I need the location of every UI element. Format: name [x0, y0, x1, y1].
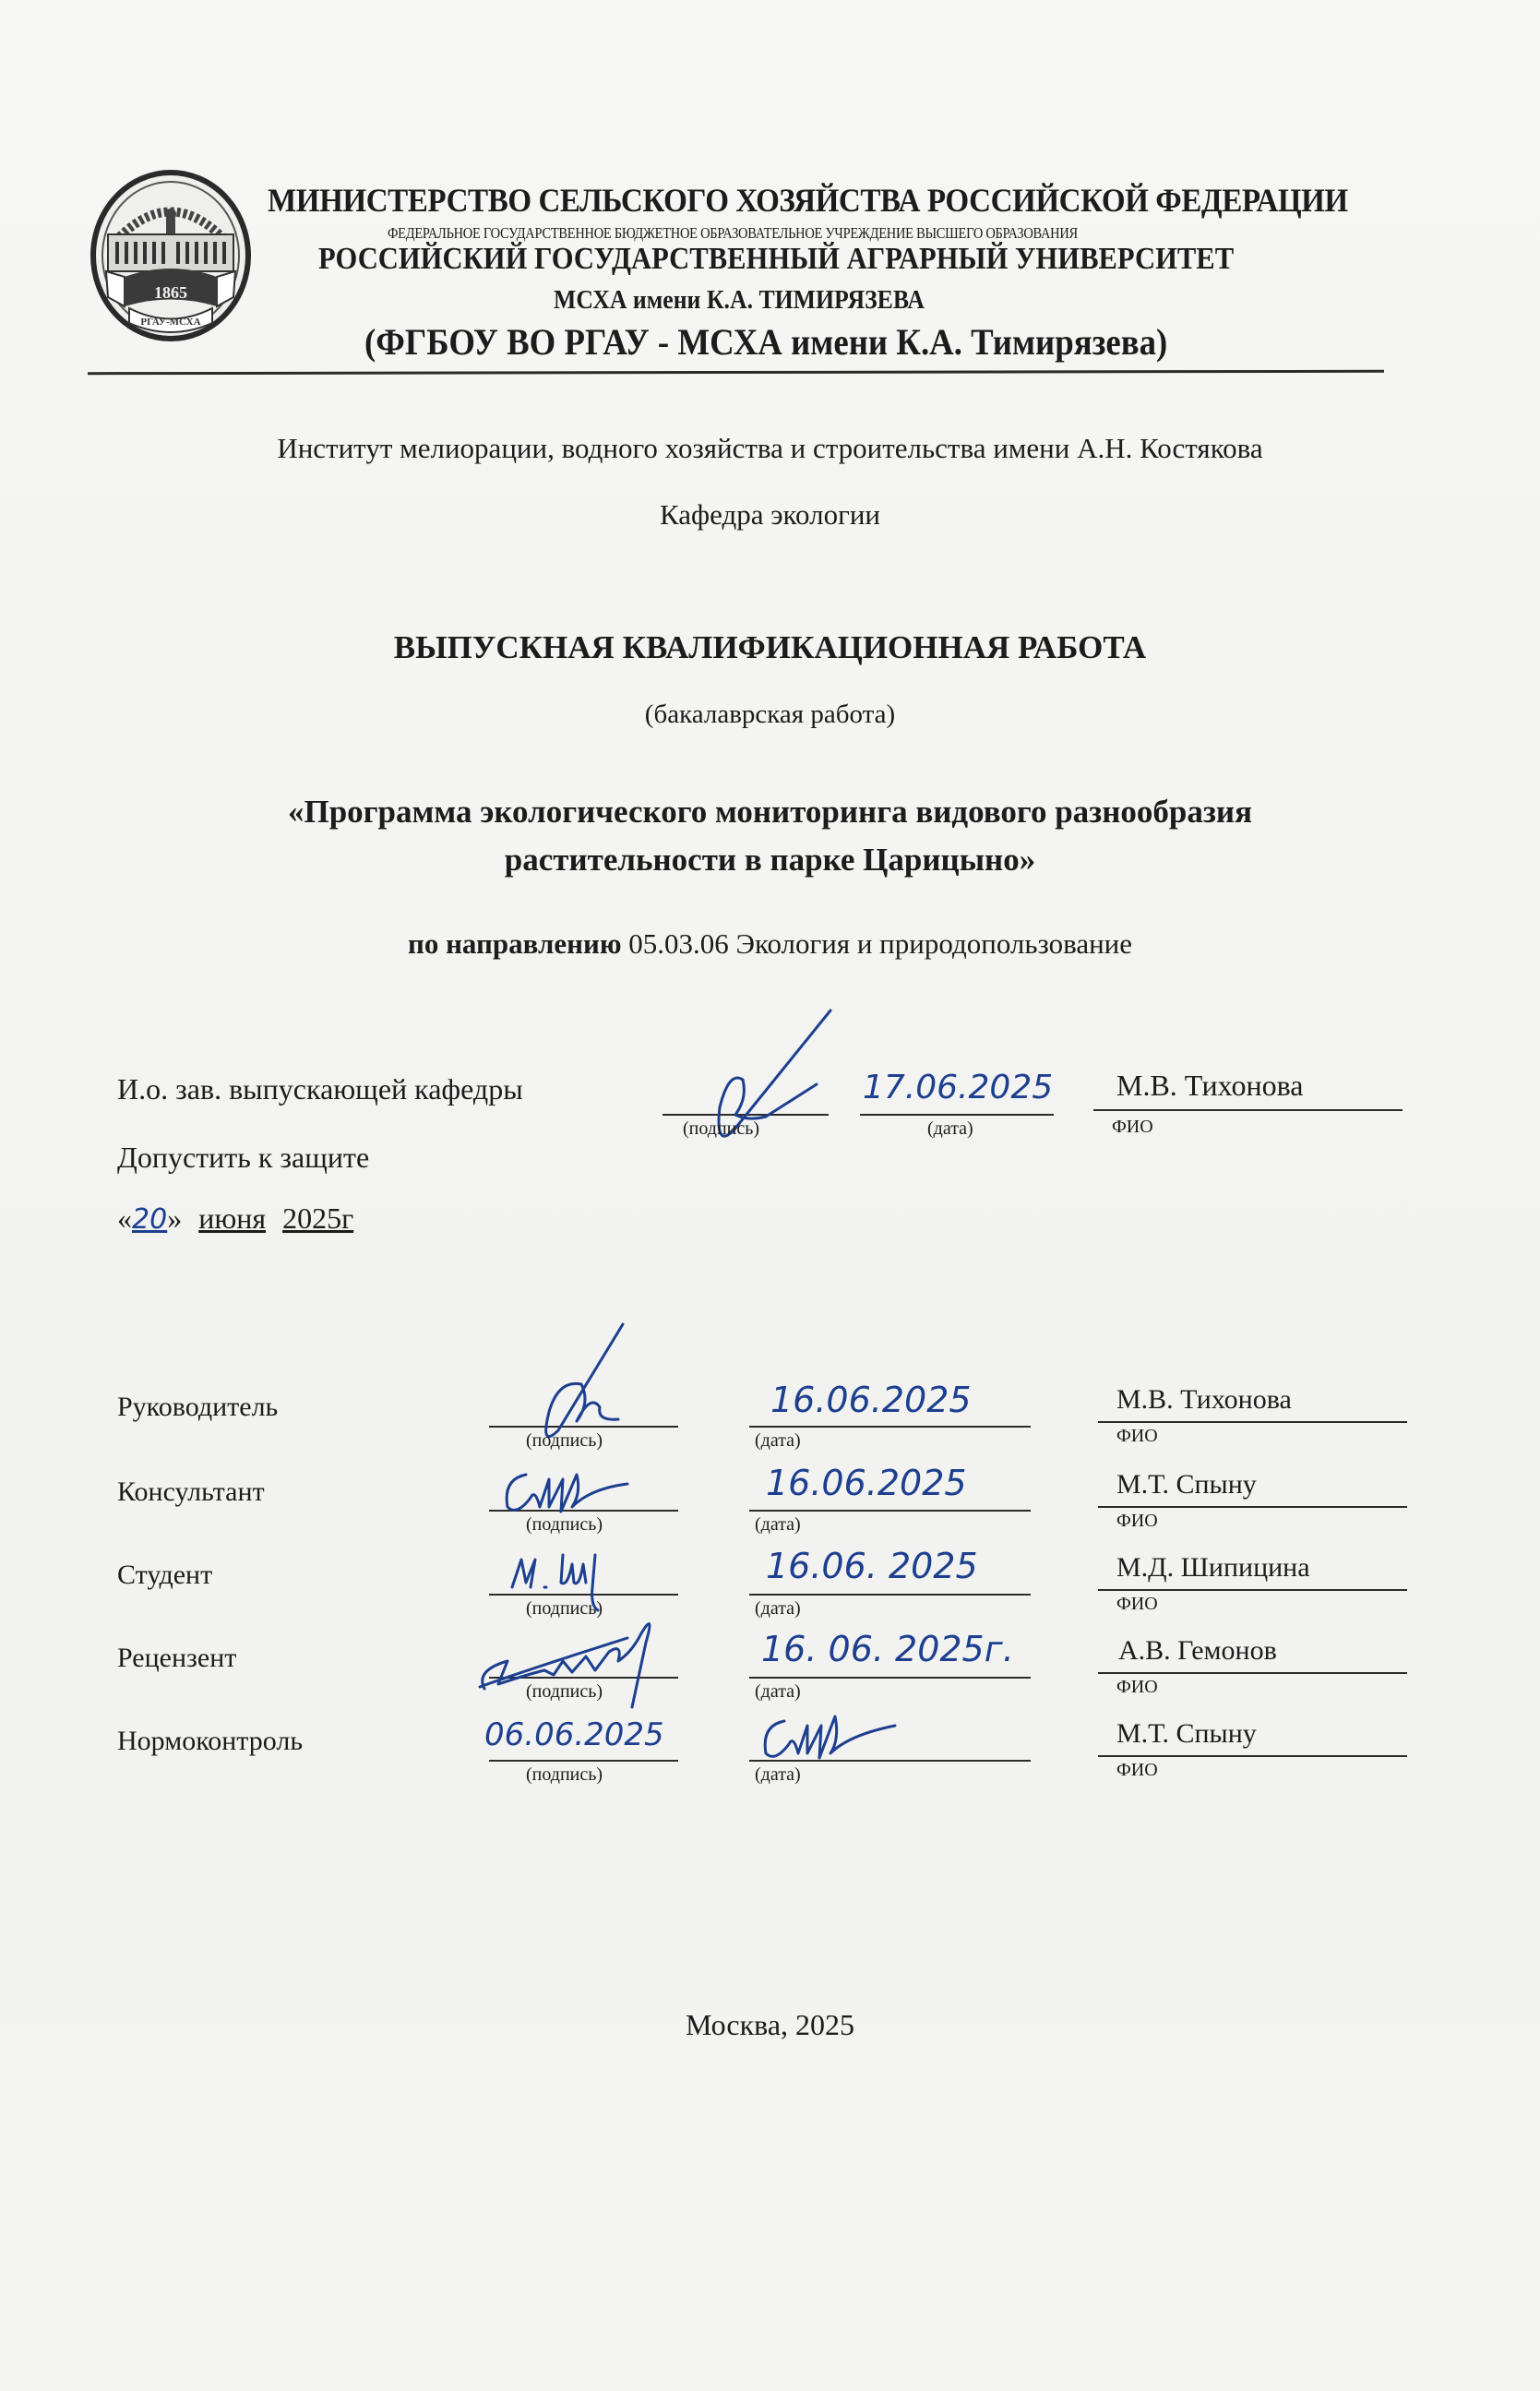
approval-date-caption: (дата) [927, 1118, 973, 1140]
signature-caption: (подпись) [526, 1764, 603, 1786]
date-caption: (дата) [755, 1430, 801, 1452]
header-divider [88, 370, 1384, 375]
university-emblem-icon: 1865 РГАУ-МСХА [88, 168, 254, 343]
approval-date: 17.06.2025 [863, 1069, 1053, 1106]
signature-date-in-signature-field: 06.06.2025 [484, 1716, 664, 1753]
approval-role: И.о. зав. выпускающей кафедры [117, 1072, 523, 1106]
direction-label: по направлению [408, 927, 622, 960]
direction-value: 05.03.06 Экология и природопользование [628, 927, 1132, 960]
university-name: РОССИЙСКИЙ ГОСУДАРСТВЕННЫЙ АГРАРНЫЙ УНИВ… [318, 242, 1315, 277]
work-subtype: (бакалаврская работа) [0, 699, 1540, 730]
signature-date: 16. 06. 2025г. [761, 1629, 1014, 1669]
signer-name: А.В. Гемонов [1118, 1635, 1277, 1667]
name-caption: ФИО [1116, 1594, 1158, 1615]
signature-icon [498, 1456, 655, 1521]
signature-line [489, 1760, 678, 1762]
date-line [749, 1677, 1031, 1679]
signature-role: Рецензент [117, 1643, 236, 1674]
name-line [1098, 1589, 1407, 1591]
signature-date: 16.06.2025 [770, 1380, 972, 1420]
city-year: Москва, 2025 [0, 2008, 1540, 2042]
date-caption: (дата) [755, 1681, 801, 1703]
name-caption: ФИО [1116, 1677, 1158, 1698]
topic-line-2: растительности в парке Царицыно» [0, 842, 1540, 879]
signature-role: Руководитель [117, 1392, 278, 1423]
name-caption: ФИО [1116, 1760, 1158, 1781]
approval-name-caption: ФИО [1112, 1117, 1153, 1138]
name-line [1098, 1421, 1407, 1423]
approval-name: М.В. Тихонова [1116, 1069, 1303, 1103]
date-line [749, 1594, 1031, 1596]
signature-role: Нормоконтроль [117, 1726, 303, 1757]
signature-caption: (подпись) [526, 1514, 603, 1536]
admit-year: 2025г [282, 1201, 353, 1235]
institution-type: ФЕДЕРАЛЬНОЕ ГОСУДАРСТВЕННОЕ БЮДЖЕТНОЕ ОБ… [388, 224, 1172, 243]
date-caption: (дата) [755, 1764, 801, 1786]
name-line [1098, 1672, 1407, 1674]
date-line [749, 1426, 1031, 1428]
date-line [749, 1510, 1031, 1512]
date-caption: (дата) [755, 1514, 801, 1536]
university-abbreviation: (ФГБОУ ВО РГАУ - МСХА имени К.А. Тимиряз… [364, 320, 1167, 364]
signer-name: М.В. Тихонова [1116, 1384, 1292, 1416]
signer-name: М.Т. Спыну [1116, 1718, 1257, 1750]
date-caption: (дата) [755, 1598, 801, 1620]
name-caption: ФИО [1116, 1426, 1158, 1447]
department-name: Кафедра экологии [0, 498, 1540, 532]
approval-name-line [1093, 1109, 1403, 1111]
title-page: 1865 РГАУ-МСХА МИНИСТЕРСТВО СЕЛЬСКОГО ХО… [0, 0, 1540, 2391]
topic-line-1: «Программа экологического мониторинга ви… [0, 794, 1540, 831]
svg-text:1865: 1865 [154, 283, 187, 302]
study-direction: по направлению 05.03.06 Экология и приро… [0, 927, 1540, 961]
signature-role: Консультант [117, 1476, 265, 1508]
ministry-name: МИНИСТЕРСТВО СЕЛЬСКОГО ХОЗЯЙСТВА РОССИЙС… [268, 181, 1286, 220]
signer-name: М.Т. Спыну [1116, 1469, 1257, 1500]
admit-month: июня [198, 1201, 266, 1235]
university-named: МСХА имени К.А. ТИМИРЯЗЕВА [554, 286, 925, 316]
signature-icon [512, 1320, 651, 1449]
signature-caption: (подпись) [526, 1430, 603, 1452]
approval-signature-caption: (подпись) [683, 1118, 759, 1140]
signature-caption: (подпись) [526, 1681, 603, 1703]
approval-date-line [860, 1114, 1054, 1116]
work-type-title: ВЫПУСКНАЯ КВАЛИФИКАЦИОННАЯ РАБОТА [0, 629, 1540, 666]
signature-date: 16.06.2025 [766, 1463, 967, 1503]
svg-text:РГАУ-МСХА: РГАУ-МСХА [140, 317, 200, 328]
name-line [1098, 1506, 1407, 1508]
admit-date: «20» июня 2025г [117, 1201, 353, 1236]
name-line [1098, 1755, 1407, 1757]
signer-name: М.Д. Шипицина [1116, 1552, 1310, 1584]
signature-role: Студент [117, 1560, 212, 1591]
admit-day: 20 [132, 1203, 167, 1236]
signature-date: 16.06. 2025 [766, 1546, 978, 1586]
institute-name: Институт мелиорации, водного хозяйства и… [0, 432, 1540, 465]
name-caption: ФИО [1116, 1511, 1158, 1532]
admit-label: Допустить к защите [117, 1141, 369, 1175]
